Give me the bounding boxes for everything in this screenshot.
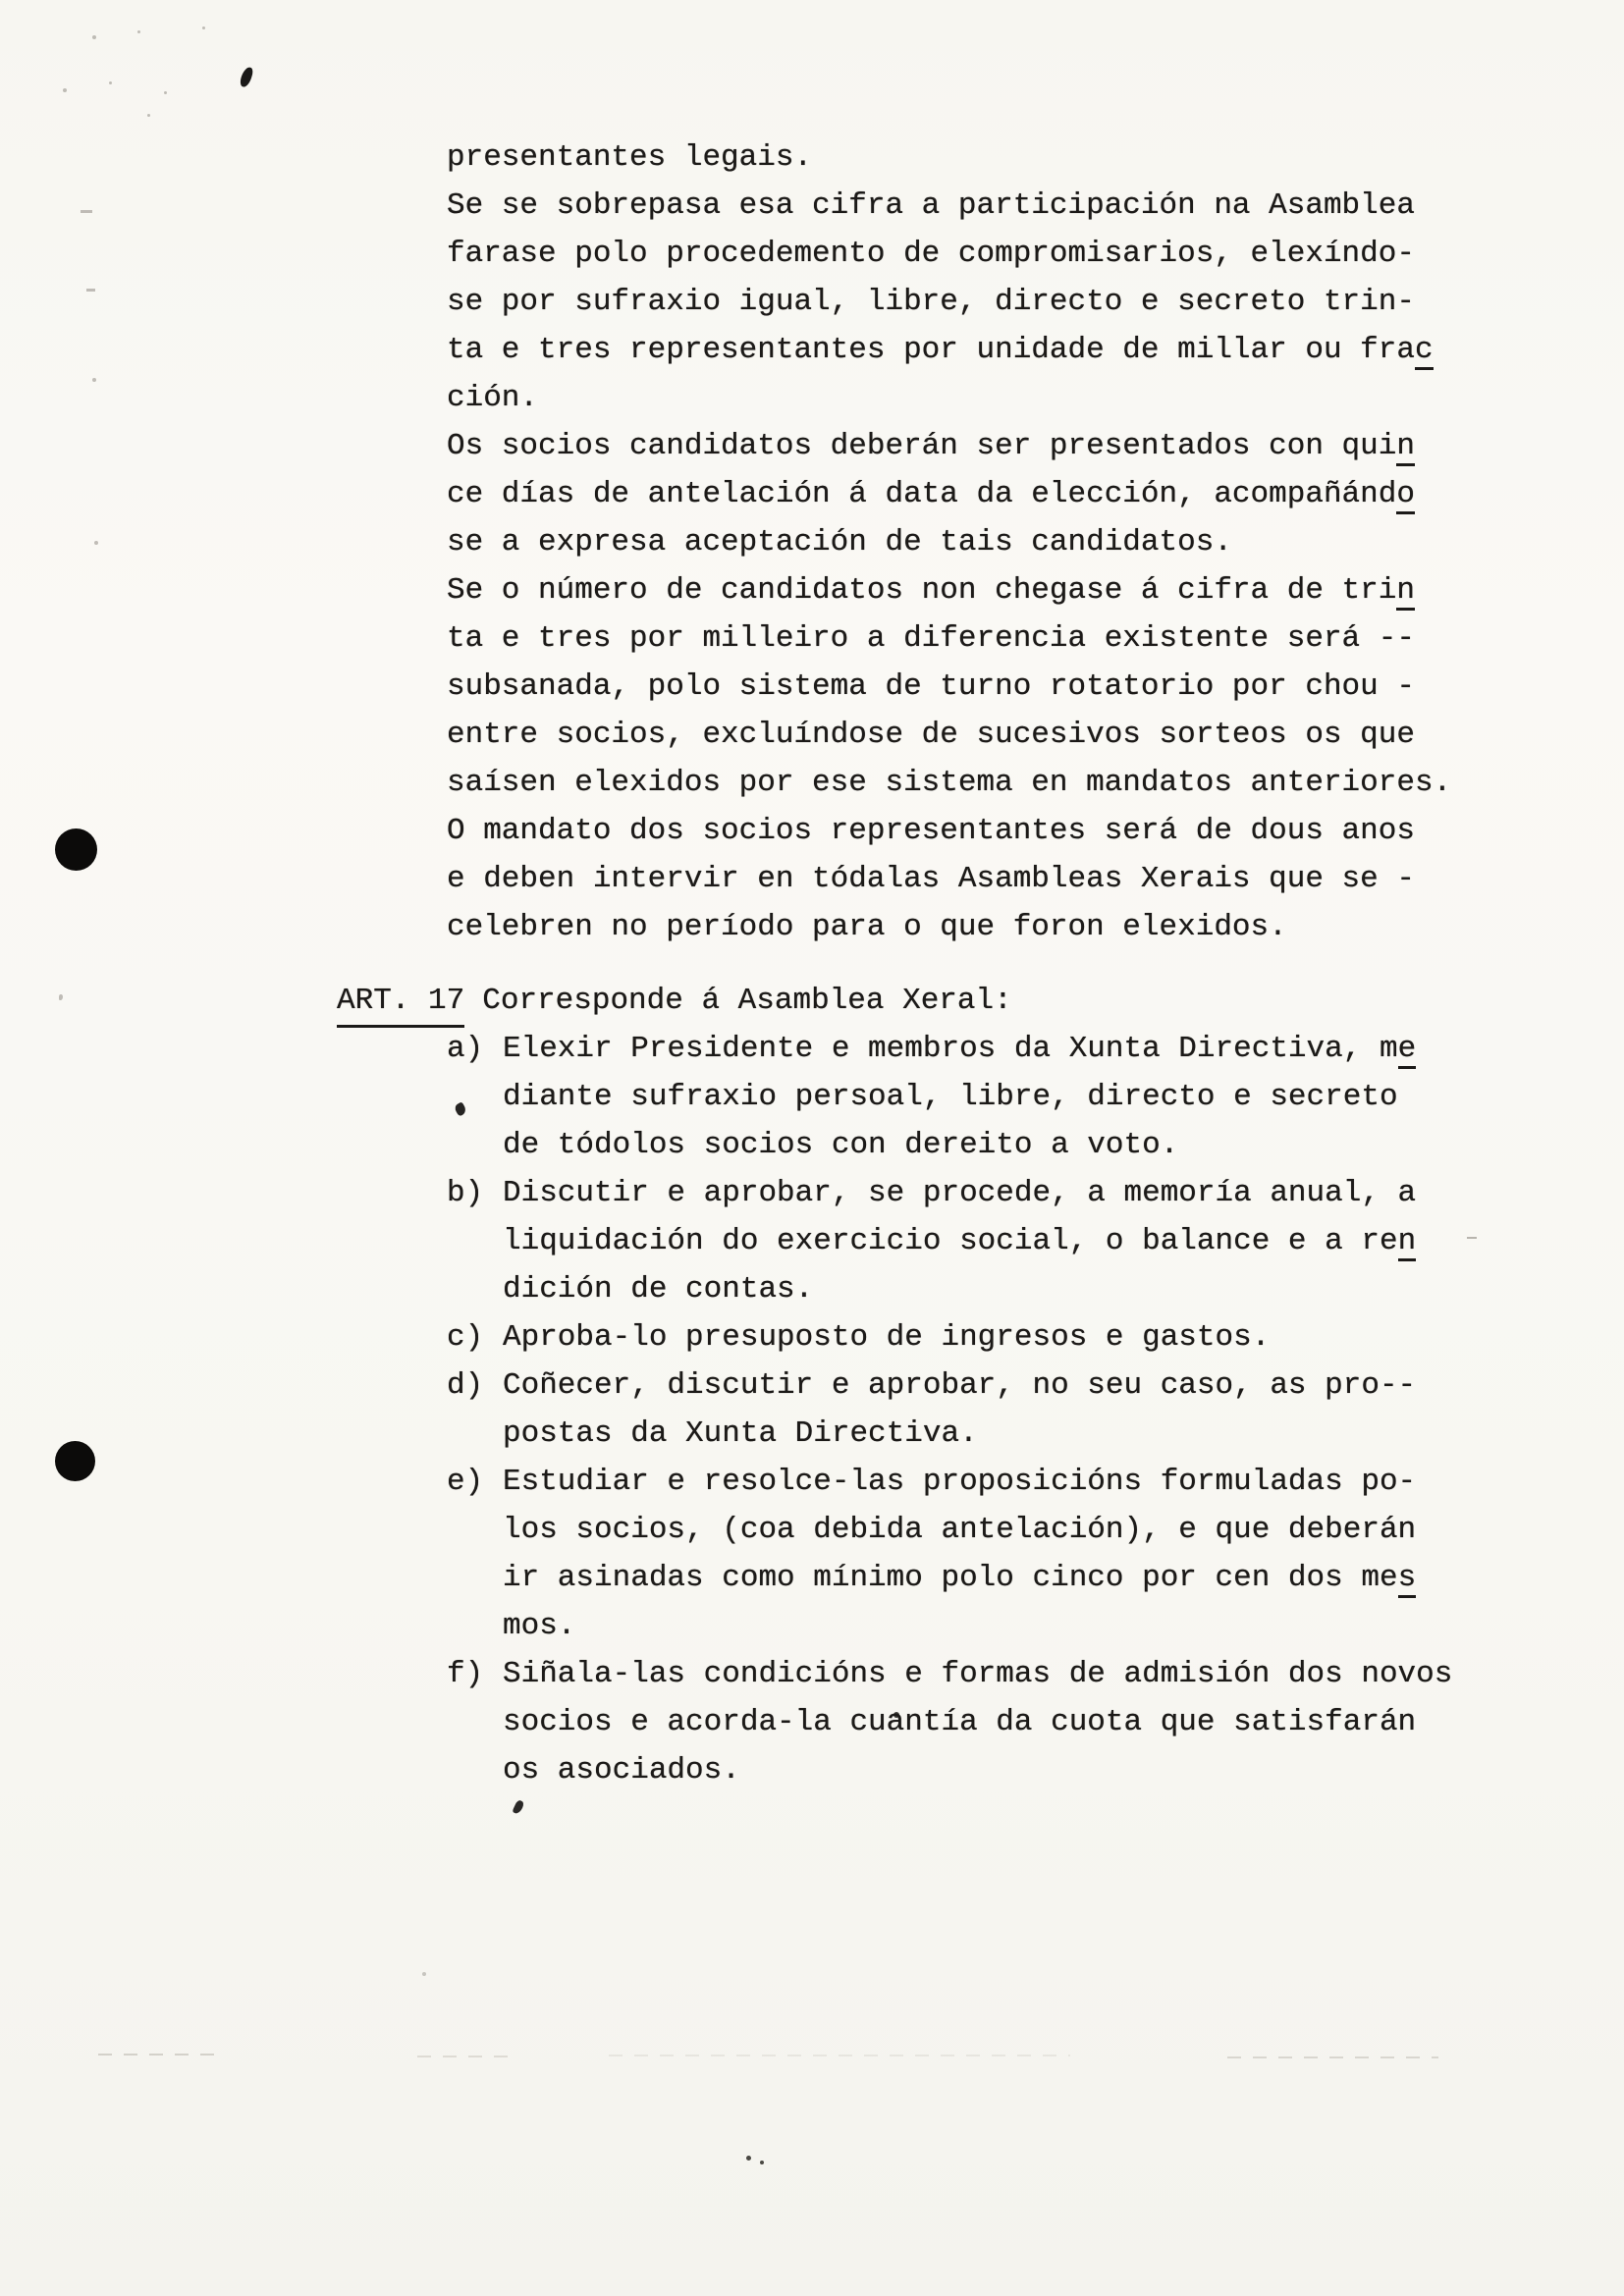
- list-item: c)Aproba-lo presuposto de ingresos e gas…: [447, 1313, 1452, 1362]
- stray-dot: [746, 2156, 751, 2161]
- scan-speck: [164, 91, 167, 94]
- text-line: subsanada, polo sistema de turno rotator…: [447, 663, 1451, 711]
- scanned-document-page: presentantes legais.Se se sobrepasa esa …: [0, 0, 1624, 2296]
- article-items: a)Elexir Presidente e membros da Xunta D…: [447, 1025, 1452, 1794]
- text-line: Os socios candidatos deberán ser present…: [447, 422, 1451, 470]
- scan-speck: [59, 994, 63, 1000]
- text-line: Elexir Presidente e membros da Xunta Dir…: [503, 1025, 1416, 1073]
- item-lines: Elexir Presidente e membros da Xunta Dir…: [503, 1025, 1416, 1169]
- text-line: Coñecer, discutir e aprobar, no seu caso…: [503, 1362, 1416, 1410]
- text-line: postas da Xunta Directiva.: [503, 1410, 1416, 1458]
- item-lines: Coñecer, discutir e aprobar, no seu caso…: [503, 1362, 1416, 1458]
- margin-dash: [81, 210, 92, 213]
- text-line: Siñala-las condicións e formas de admisi…: [503, 1650, 1452, 1698]
- text-line: liquidación do exercicio social, o balan…: [503, 1217, 1416, 1265]
- text-line: os asociados.: [503, 1746, 1452, 1794]
- item-lines: Aproba-lo presuposto de ingresos e gasto…: [503, 1313, 1270, 1362]
- text-line: ción.: [447, 374, 1451, 422]
- stray-dot: [760, 2161, 764, 2164]
- faint-rule: [1227, 2056, 1438, 2058]
- item-lines: Estudiar e resolce-las proposicións form…: [503, 1458, 1416, 1650]
- list-item: d)Coñecer, discutir e aprobar, no seu ca…: [447, 1362, 1452, 1458]
- list-item: f)Siñala-las condicións e formas de admi…: [447, 1650, 1452, 1794]
- scan-speck: [109, 81, 112, 84]
- text-line: presentantes legais.: [447, 133, 1451, 182]
- text-line: mos.: [503, 1602, 1416, 1650]
- item-letter: f): [447, 1650, 503, 1698]
- item-letter: b): [447, 1169, 503, 1217]
- item-lines: Discutir e aprobar, se procede, a memorí…: [503, 1169, 1416, 1313]
- list-item: b)Discutir e aprobar, se procede, a memo…: [447, 1169, 1452, 1313]
- text-line: Aproba-lo presuposto de ingresos e gasto…: [503, 1313, 1270, 1362]
- text-line: de tódolos socios con dereito a voto.: [503, 1121, 1416, 1169]
- article-heading: ART. 17 Corresponde á Asamblea Xeral:: [337, 977, 1012, 1028]
- text-line: Se o número de candidatos non chegase á …: [447, 566, 1451, 614]
- item-letter: a): [447, 1025, 503, 1073]
- text-line: los socios, (coa debida antelación), e q…: [503, 1506, 1416, 1554]
- text-line: saísen elexidos por ese sistema en manda…: [447, 759, 1451, 807]
- text-line: se a expresa aceptación de tais candidat…: [447, 518, 1451, 566]
- scan-speck: [147, 114, 150, 117]
- body-paragraph: presentantes legais.Se se sobrepasa esa …: [447, 133, 1451, 951]
- scan-speck: [202, 27, 205, 29]
- text-line: Discutir e aprobar, se procede, a memorí…: [503, 1169, 1416, 1217]
- faint-rule: [609, 2055, 1070, 2056]
- ink-blot: [55, 1441, 95, 1481]
- text-line: Se se sobrepasa esa cifra a participació…: [447, 182, 1451, 230]
- text-line: celebren no período para o que foron ele…: [447, 903, 1451, 951]
- margin-dash: [86, 289, 95, 292]
- item-letter: d): [447, 1362, 503, 1410]
- text-line: ta e tres representantes por unidade de …: [447, 326, 1451, 374]
- scan-speck: [137, 30, 140, 33]
- scan-speck: [94, 541, 98, 545]
- article-number: ART. 17: [337, 977, 464, 1028]
- text-line: e deben intervir en tódalas Asambleas Xe…: [447, 855, 1451, 903]
- scan-speck: [63, 88, 67, 92]
- text-line: O mandato dos socios representantes será…: [447, 807, 1451, 855]
- scan-speck: [422, 1972, 426, 1976]
- scan-speck: [92, 378, 96, 382]
- text-line: dición de contas.: [503, 1265, 1416, 1313]
- item-letter: e): [447, 1458, 503, 1506]
- text-line: ir asinadas como mínimo polo cinco por c…: [503, 1554, 1416, 1602]
- text-line: socios e acorda-la cuantía da cuota que …: [503, 1698, 1452, 1746]
- text-line: Estudiar e resolce-las proposicións form…: [503, 1458, 1416, 1506]
- text-line: ce días de antelación á data da elección…: [447, 470, 1451, 518]
- faint-rule: [98, 2054, 216, 2056]
- ink-smudge: [512, 1799, 524, 1815]
- margin-dash: [1467, 1237, 1477, 1239]
- ink-smudge: [239, 66, 254, 88]
- list-item: a)Elexir Presidente e membros da Xunta D…: [447, 1025, 1452, 1169]
- text-line: ta e tres por milleiro a diferencia exis…: [447, 614, 1451, 663]
- faint-rule: [417, 2056, 511, 2057]
- text-line: diante sufraxio persoal, libre, directo …: [503, 1073, 1416, 1121]
- article-title: Corresponde á Asamblea Xeral:: [482, 977, 1012, 1028]
- text-line: se por sufraxio igual, libre, directo e …: [447, 278, 1451, 326]
- ink-blot: [55, 828, 97, 871]
- item-letter: c): [447, 1313, 503, 1362]
- text-line: farase polo procedemento de compromisari…: [447, 230, 1451, 278]
- list-item: e)Estudiar e resolce-las proposicións fo…: [447, 1458, 1452, 1650]
- scan-speck: [92, 35, 96, 39]
- text-line: entre socios, excluíndose de sucesivos s…: [447, 711, 1451, 759]
- item-lines: Siñala-las condicións e formas de admisi…: [503, 1650, 1452, 1794]
